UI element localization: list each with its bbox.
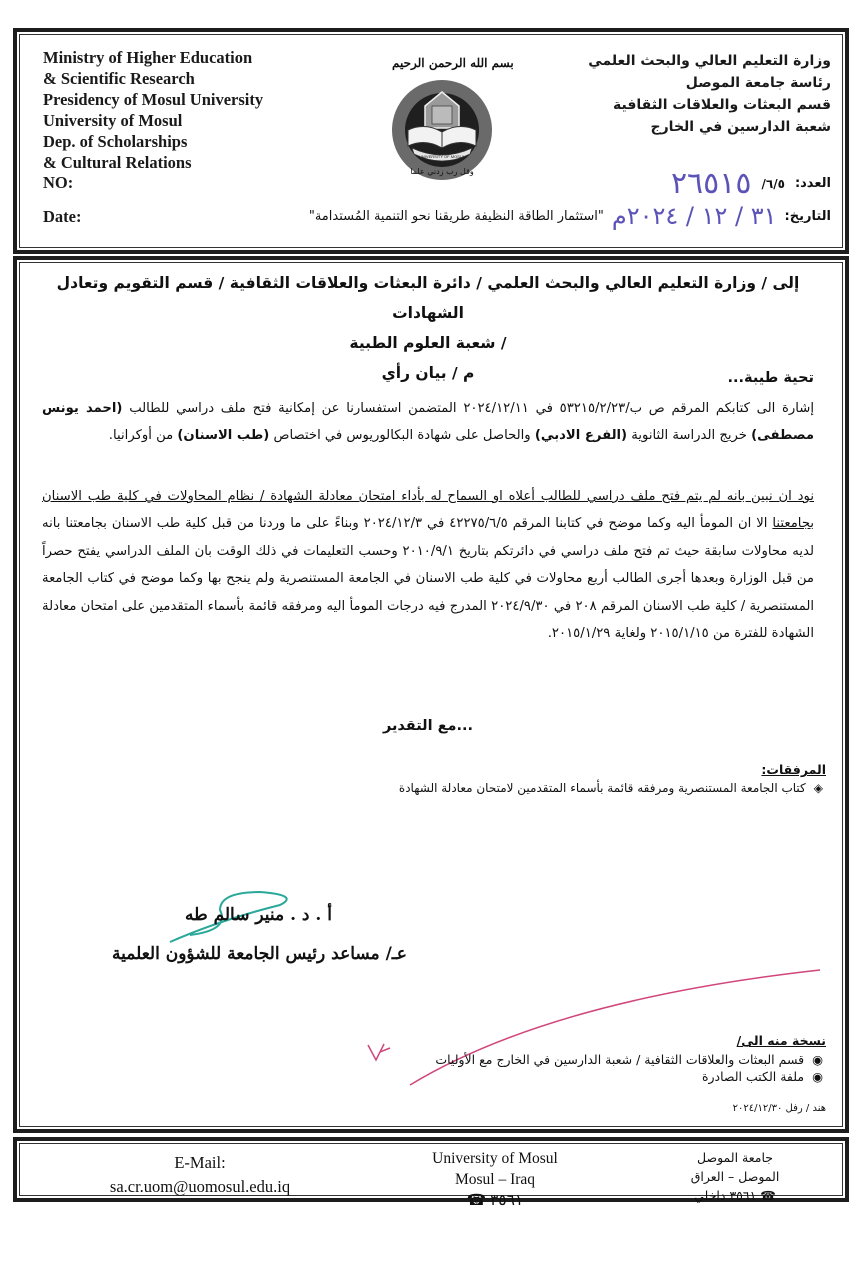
basmala: بسم الله الرحمن الرحيم <box>392 56 514 70</box>
text: خريج الدراسة الثانوية <box>627 428 751 443</box>
greeting: تحية طيبة... <box>728 370 814 386</box>
closing: ...مع التقدير <box>0 718 856 734</box>
ar-line: وزارة التعليم العالي والبحث العلمي <box>588 50 831 72</box>
email-address[interactable]: sa.cr.uom@uomosul.edu.iq <box>70 1175 330 1199</box>
telephone-icon: ☎ <box>760 1188 776 1203</box>
radio-bullet-icon: ◉ <box>812 1068 823 1085</box>
attachment-text: كتاب الجامعة المستنصرية ومرفقه قائمة بأس… <box>399 781 806 795</box>
en-line: & Cultural Relations <box>43 153 263 174</box>
date-row: التاريخ: ٣١ / ١٢ / ٢٠٢٤م "استثمار الطاقة… <box>309 202 831 230</box>
text: الا ان المومأ اليه وكما موضح في كتابنا ا… <box>42 516 814 641</box>
addressee: إلى / وزارة التعليم العالي والبحث العلمي… <box>40 268 816 388</box>
diamond-bullet-icon: ◈ <box>814 781 823 795</box>
phone-number: ٣٥٦١ داخلي <box>694 1188 756 1203</box>
addressee-line: / شعبة العلوم الطبية <box>40 328 816 358</box>
number-prefix: ٦/٥/ <box>762 177 785 191</box>
copy-item: ◉قسم البعثات والعلاقات الثقافية / شعبة ا… <box>435 1051 823 1068</box>
copy-item: ◉ملفة الكتب الصادرة <box>435 1068 823 1085</box>
copy-text: ملفة الكتب الصادرة <box>702 1068 804 1085</box>
phone-line: ☎ ٣٥٦١ داخلي <box>650 1186 820 1205</box>
svg-text:وقل رب زدني علما: وقل رب زدني علما <box>410 167 474 176</box>
footer-english-address: University of Mosul Mosul – Iraq ☎ ٣٥٦١ <box>390 1148 600 1211</box>
text: من أوكرانيا. <box>109 428 178 443</box>
signer-name: أ . د . منير سالم طه <box>185 905 332 925</box>
address-line: Mosul – Iraq <box>390 1169 600 1190</box>
paragraph-details: نود ان نبين بانه لم يتم فتح ملف دراسي لل… <box>42 483 814 647</box>
address-line: University of Mosul <box>390 1148 600 1169</box>
university-seal-logo: UNIVERSITY OF MOSUL وقل رب زدني علما <box>390 78 494 182</box>
ar-line: شعبة الدارسين في الخارج <box>588 116 831 138</box>
address-line: جامعة الموصل <box>650 1148 820 1167</box>
specialty: (طب الاسنان) <box>177 428 269 443</box>
reference-number-row: العدد: ٦/٥/ ٢٦٥١٥ <box>671 166 831 201</box>
copies-title: نسخة منه الى/ <box>737 1033 826 1048</box>
ar-line: رئاسة جامعة الموصل <box>588 72 831 94</box>
handwritten-number: ٢٦٥١٥ <box>671 166 752 201</box>
slogan: "استثمار الطاقة النظيفة طريقنا نحو التنم… <box>309 209 604 224</box>
branch: (الفرع الادبي) <box>535 428 627 443</box>
footer-arabic-address: جامعة الموصل الموصل – العراق ☎ ٣٥٦١ داخل… <box>650 1148 820 1205</box>
en-line: Dep. of Scholarships <box>43 132 263 153</box>
handwritten-date: ٣١ / ١٢ / ٢٠٢٤م <box>612 202 777 230</box>
attachment-item: ◈ كتاب الجامعة المستنصرية ومرفقه قائمة ب… <box>399 781 823 795</box>
en-line: Ministry of Higher Education <box>43 48 263 69</box>
en-date-label: Date: <box>43 207 81 227</box>
telephone-icon: ☎ <box>467 1192 486 1209</box>
en-line: Presidency of Mosul University <box>43 90 263 111</box>
date-label: التاريخ: <box>785 209 831 224</box>
email-label: E-Mail: <box>70 1151 330 1175</box>
footer-email: E-Mail: sa.cr.uom@uomosul.edu.iq <box>70 1151 330 1199</box>
en-line: & Scientific Research <box>43 69 263 90</box>
phone-number: ٣٥٦١ <box>490 1192 523 1209</box>
phone-line: ☎ ٣٥٦١ <box>390 1190 600 1211</box>
text: إشارة الى كتابكم المرقم ص ب/٥٣٢١٥/٢/٢٣ ف… <box>122 401 814 416</box>
number-label: العدد: <box>795 176 831 191</box>
address-line: الموصل – العراق <box>650 1167 820 1186</box>
addressee-line: إلى / وزارة التعليم العالي والبحث العلمي… <box>40 268 816 328</box>
copies-list: ◉قسم البعثات والعلاقات الثقافية / شعبة ا… <box>435 1051 823 1085</box>
text: والحاصل على شهادة البكالوريوس في اختصاص <box>269 428 535 443</box>
typist-note: هند / رفل ٢٠٢٤/١٢/٣٠ <box>733 1103 826 1114</box>
en-line: University of Mosul <box>43 111 263 132</box>
radio-bullet-icon: ◉ <box>812 1051 823 1068</box>
ar-line: قسم البعثات والعلاقات الثقافية <box>588 94 831 116</box>
english-letterhead: Ministry of Higher Education & Scientifi… <box>43 48 263 194</box>
subject-line: م / بيان رأي <box>40 358 816 388</box>
svg-text:UNIVERSITY OF MOSUL: UNIVERSITY OF MOSUL <box>419 154 466 159</box>
copy-text: قسم البعثات والعلاقات الثقافية / شعبة ال… <box>435 1051 804 1068</box>
paragraph-reference: إشارة الى كتابكم المرقم ص ب/٥٣٢١٥/٢/٢٣ ف… <box>42 395 814 450</box>
en-number-label: NO: <box>43 173 263 194</box>
attachments-title: المرفقات: <box>761 762 826 777</box>
arabic-letterhead: وزارة التعليم العالي والبحث العلمي رئاسة… <box>588 50 831 138</box>
